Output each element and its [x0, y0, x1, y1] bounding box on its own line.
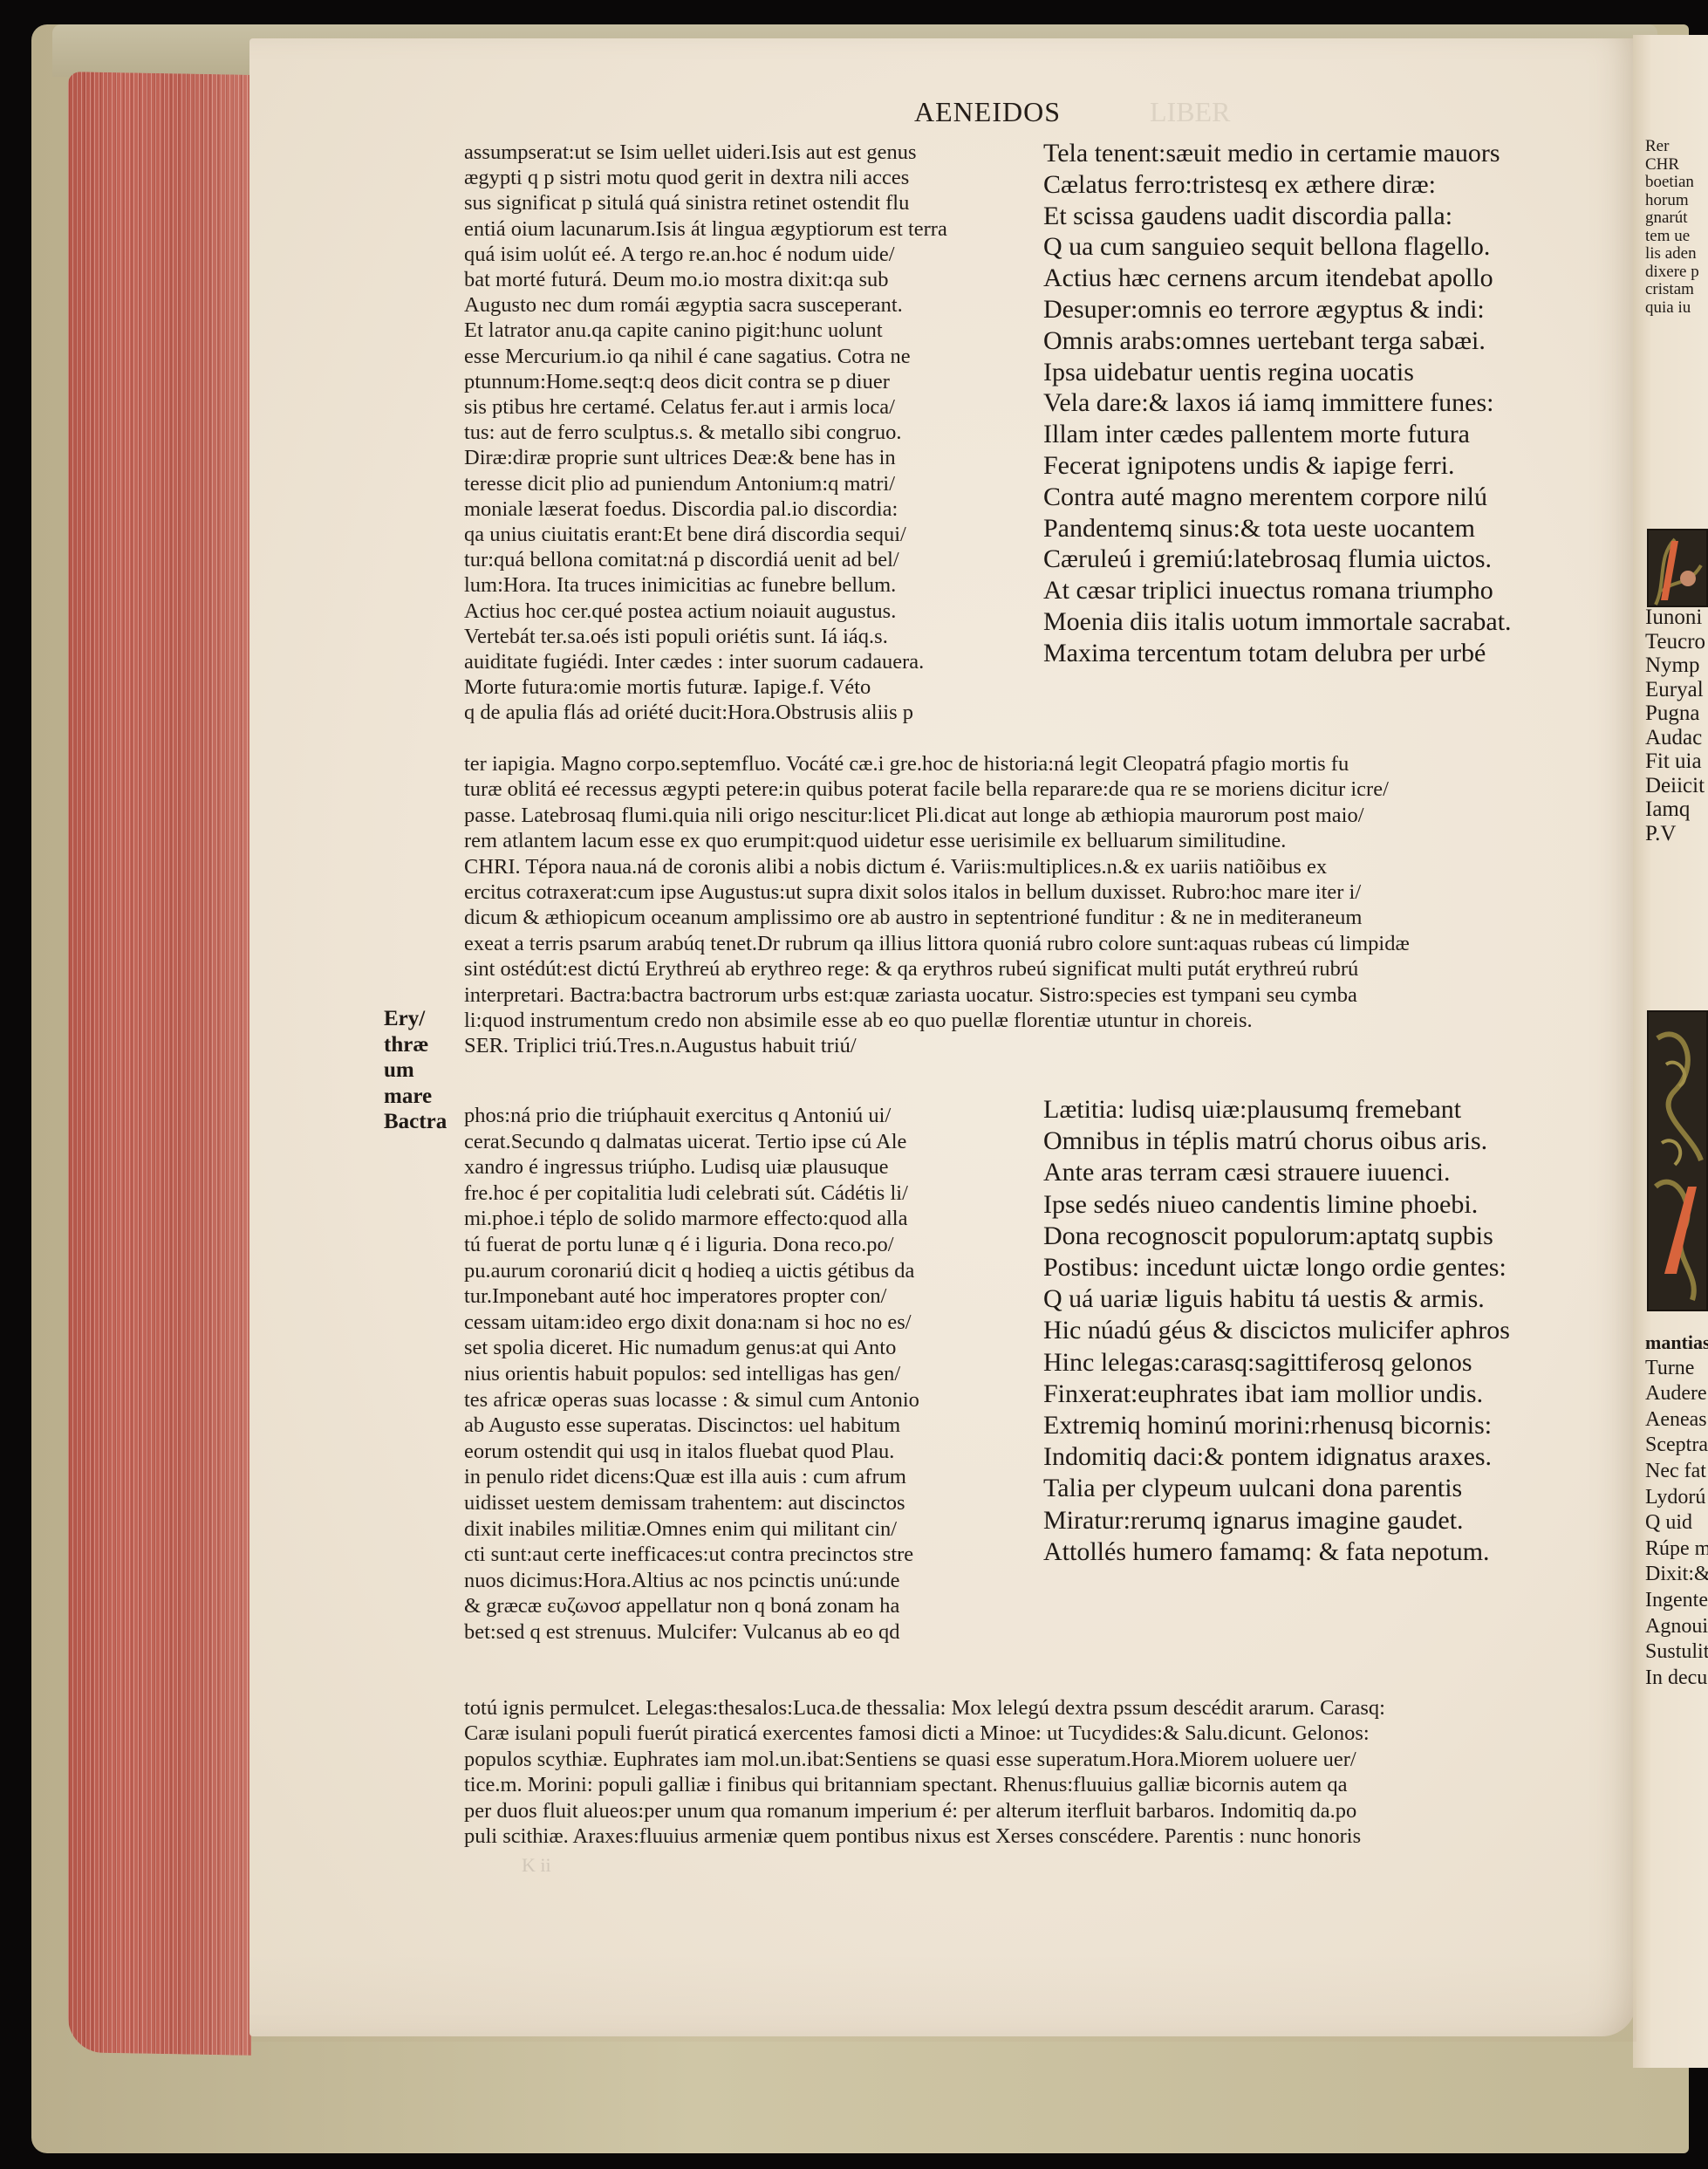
recto-line: boetian — [1645, 174, 1708, 192]
commentary-line: dicum & æthiopicum oceanum amplissimo or… — [464, 905, 1633, 930]
recto-line: Aeneas — [1645, 1407, 1708, 1433]
verse-line: Omnibus in téplis matrú chorus oibus ari… — [1043, 1126, 1636, 1157]
commentary-line: bat morté futurá. Deum mo.io mostra dixi… — [464, 267, 1005, 292]
commentary-line: rem atlantem lacum esse ex quo erumpit:q… — [464, 828, 1633, 853]
marginal-note-line: Bactra — [384, 1109, 447, 1135]
commentary-line: teresse dicit plio ad puniendum Antonium… — [464, 471, 1005, 496]
recto-line: Nec fat — [1645, 1459, 1708, 1485]
commentary-line: in penulo ridet dicens:Quæ est illa auis… — [464, 1464, 1031, 1490]
commentary-line: tur.Imponebant auté hoc imperatores prop… — [464, 1283, 1031, 1310]
verse-line: Vela dare:& laxos iá iamq immittere fune… — [1043, 387, 1636, 419]
verse-line: Talia per clypeum uulcani dona parentis — [1043, 1473, 1636, 1504]
commentary-line: cti sunt:aut certe inefficaces:ut contra… — [464, 1542, 1031, 1568]
verse-line: Cæruleú i gremiú:latebrosaq flumia uicto… — [1043, 544, 1636, 575]
commentary-line: sis ptibus hre certamé. Celatus fer.aut … — [464, 394, 1005, 420]
commentary-line: eorum ostendit qui usq in italos fluebat… — [464, 1439, 1031, 1465]
commentary-line: qa unius ciuitatis erant:Et bene dirá di… — [464, 522, 1005, 547]
recto-line: Deiicit — [1645, 774, 1708, 798]
recto-line: lis aden — [1645, 245, 1708, 263]
recto-line: Teucro — [1645, 630, 1708, 654]
recto-line: Pugna — [1645, 701, 1708, 726]
commentary-line: Augusto nec dum romái ægyptia sacra susc… — [464, 292, 1005, 318]
verse-line: Hinc lelegas:carasq:sagittiferosq gelono… — [1043, 1347, 1636, 1379]
commentary-line: passe. Latebrosaq flumi.quia nili origo … — [464, 803, 1633, 828]
commentary-line: Vertebát ter.sa.oés isti populi oriétis … — [464, 624, 1005, 649]
recto-line: Rer — [1645, 138, 1708, 156]
commentary-line: Actius hoc cer.qué postea actium noiauit… — [464, 599, 1005, 624]
verse-line: Miratur:rerumq ignarus imagine gaudet. — [1043, 1505, 1636, 1536]
verse-line: Extremiq hominú morini:rhenusq bicornis: — [1043, 1410, 1636, 1441]
verse-line: Q ua cum sanguieo sequit bellona flagell… — [1043, 231, 1636, 263]
commentary-line: CHRI. Tépora naua.ná de coronis alibi a … — [464, 854, 1633, 879]
commentary-line: populos scythiæ. Euphrates iam mol.un.ib… — [464, 1747, 1633, 1772]
commentary-line: lum:Hora. Ita truces inimicitias ac fune… — [464, 572, 1005, 598]
verse-line: Pandentemq sinus:& tota ueste uocantem — [1043, 513, 1636, 544]
commentary-line: tes africæ operas suas locasse : & simul… — [464, 1387, 1031, 1413]
commentary-line: Morte futura:omie mortis futuræ. Iapige.… — [464, 674, 1005, 700]
commentary-line: assumpserat:ut se Isim uellet uideri.Isi… — [464, 140, 1005, 165]
commentary-bottom: totú ignis permulcet. Lelegas:thesalos:L… — [464, 1695, 1633, 1849]
verse-line: At cæsar triplici inuectus romana triump… — [1043, 575, 1636, 606]
verse-line: Dona recognoscit populorum:aptatq supbis — [1043, 1221, 1636, 1252]
recto-text-mid: IunoniTeucroNympEuryalPugnaAudacFit uiaD… — [1645, 606, 1708, 845]
verse-line: Hic núadú géus & discictos mulicifer aph… — [1043, 1315, 1636, 1346]
recto-line: tem ue — [1645, 228, 1708, 246]
verse-line: Desuper:omnis eo terrore ægyptus & indi: — [1043, 294, 1636, 325]
marginal-notes: Ery/thræummareBactra — [384, 1006, 447, 1135]
commentary-line: tus: aut de ferro sculptus.s. & metallo … — [464, 420, 1005, 445]
recto-line: Fit uia — [1645, 749, 1708, 774]
commentary-line: per duos fluit alueos:per unum qua roman… — [464, 1798, 1633, 1823]
recto-line: Iamq — [1645, 797, 1708, 822]
verse-line: Q uá uariæ liguis habitu tá uestis & arm… — [1043, 1283, 1636, 1315]
commentary-line: Caræ isulani populi fuerút piraticá exer… — [464, 1721, 1633, 1746]
commentary-line: ægypti q p sistri motu quod gerit in dex… — [464, 165, 1005, 190]
recto-line: Euryal — [1645, 678, 1708, 702]
verse-line: Actius hæc cernens arcum itendebat apoll… — [1043, 263, 1636, 294]
commentary-full-width: ter iapigia. Magno corpo.septemfluo. Voc… — [464, 751, 1633, 1059]
commentary-line: tice.m. Morini: populi galliæ i finibus … — [464, 1772, 1633, 1797]
marginal-note-line: Ery/ — [384, 1006, 447, 1032]
recto-text-top: RerCHRboetianhorumgnarúttem uelis adendi… — [1645, 138, 1708, 317]
recto-line: Sustulit — [1645, 1639, 1708, 1666]
commentary-line: fre.hoc é per copitalitia ludi celebrati… — [464, 1180, 1031, 1207]
commentary-line: mi.phoe.i téplo de solido marmore effect… — [464, 1206, 1031, 1232]
recto-line: Audac — [1645, 726, 1708, 750]
commentary-line: sus significat p situlá quá sinistra ret… — [464, 190, 1005, 216]
verse-line: Postibus: incedunt uictæ longo ordie gen… — [1043, 1252, 1636, 1283]
commentary-line: dixit inabiles militiæ.Omnes enim qui mi… — [464, 1516, 1031, 1543]
recto-line: quia iu — [1645, 299, 1708, 318]
verse-line: Omnis arabs:omnes uertebant terga sabæi. — [1043, 325, 1636, 357]
marginal-note-line: thræ — [384, 1032, 447, 1058]
marginal-note-line: um — [384, 1057, 447, 1084]
verse-line: Tela tenent:sæuit medio in certamie mauo… — [1043, 138, 1636, 169]
commentary-line: pu.aurum coronariú dicit q hodieq a uict… — [464, 1258, 1031, 1284]
foliate-initial-icon — [1649, 530, 1708, 607]
page-bottom-shadow — [249, 1954, 1636, 2042]
recto-line: Nymp — [1645, 653, 1708, 678]
recto-text-bottom: mantiasTurneAudereAeneasSceptraNec fatLy… — [1645, 1330, 1708, 1691]
recto-line: Dixit:& — [1645, 1562, 1708, 1588]
decorated-initial-top — [1647, 529, 1708, 607]
commentary-line: q de apulia flás ad oriété ducit:Hora.Ob… — [464, 700, 1005, 725]
red-sprinkled-page-edges — [68, 72, 251, 2056]
commentary-line: Diræ:diræ proprie sunt ultrices Deæ:& be… — [464, 445, 1005, 470]
commentary-line: set spolia diceret. Hic numadum genus:at… — [464, 1335, 1031, 1361]
recto-line: gnarút — [1645, 209, 1708, 228]
commentary-column-top: assumpserat:ut se Isim uellet uideri.Isi… — [464, 140, 1005, 751]
recto-line: horum — [1645, 192, 1708, 210]
commentary-line: xandro é ingressus triúpho. Ludisq uiæ p… — [464, 1154, 1031, 1180]
commentary-line: ptunnum:Home.seqt:q deos dicit contra se… — [464, 369, 1005, 394]
foliate-initial-icon — [1649, 1012, 1708, 1311]
commentary-column-lower: phos:ná prio die triúphauit exercitus q … — [464, 1103, 1031, 1645]
commentary-line: nius orientis habuit populos: sed intell… — [464, 1361, 1031, 1387]
verse-line: Cælatus ferro:tristesq ex æthere diræ: — [1043, 169, 1636, 201]
commentary-line: puli scithiæ. Araxes:fluuius armeniæ que… — [464, 1823, 1633, 1849]
commentary-line: SER. Triplici triú.Tres.n.Augustus habui… — [464, 1033, 1633, 1058]
recto-line: Lydorú — [1645, 1485, 1708, 1511]
commentary-line: sint ostédút:est dictú Erythreú ab eryth… — [464, 956, 1633, 982]
show-through-running-head: LIBER — [1150, 96, 1230, 128]
verse-column-top: Tela tenent:sæuit medio in certamie mauo… — [1043, 138, 1636, 669]
verse-line: Fecerat ignipotens undis & iapige ferri. — [1043, 450, 1636, 482]
commentary-line: tur:quá bellona comitat:ná p discordiá u… — [464, 547, 1005, 572]
commentary-line: cerat.Secundo q dalmatas uicerat. Tertio… — [464, 1129, 1031, 1155]
recto-line: Sceptra — [1645, 1433, 1708, 1459]
commentary-line: entiá oium lacunarum.Isis át lingua ægyp… — [464, 216, 1005, 242]
recto-line: Audere — [1645, 1381, 1708, 1407]
verse-column-lower: Lætitia: ludisq uiæ:plausumq fremebantOm… — [1043, 1094, 1636, 1568]
commentary-line: bet:sed q est strenuus. Mulcifer: Vulcan… — [464, 1619, 1031, 1646]
commentary-line: totú ignis permulcet. Lelegas:thesalos:L… — [464, 1695, 1633, 1721]
verse-line: Finxerat:euphrates ibat iam mollior undi… — [1043, 1379, 1636, 1410]
marginal-note-line: mare — [384, 1084, 447, 1110]
recto-line: Agnoui — [1645, 1614, 1708, 1640]
verse-line: Ipsa uidebatur uentis regina uocatis — [1043, 357, 1636, 388]
commentary-line: phos:ná prio die triúphauit exercitus q … — [464, 1103, 1031, 1129]
verse-line: Illam inter cædes pallentem morte futura — [1043, 419, 1636, 450]
commentary-line: esse Mercurium.io qa nihil é cane sagati… — [464, 344, 1005, 369]
verse-line: Attollés humero famamq: & fata nepotum. — [1043, 1536, 1636, 1568]
commentary-line: quá isim uolút eé. A tergo re.an.hoc é n… — [464, 242, 1005, 267]
recto-line: Iunoni — [1645, 606, 1708, 630]
recto-line: P.V — [1645, 822, 1708, 846]
recto-line: CHR — [1645, 156, 1708, 174]
running-head: AENEIDOS — [914, 96, 1061, 128]
commentary-line: ercitus cotraxerat:cum ipse Augustus:ut … — [464, 879, 1633, 905]
recto-line: In decu — [1645, 1666, 1708, 1692]
commentary-line: exeat a terris psarum arabúq tenet.Dr ru… — [464, 931, 1633, 956]
commentary-line: Et latrator anu.qa capite canino pigit:h… — [464, 318, 1005, 343]
commentary-line: cessam uitam:ideo ergo dixit dona:nam si… — [464, 1310, 1031, 1336]
recto-line: Q uid — [1645, 1510, 1708, 1536]
recto-line: cristam — [1645, 281, 1708, 299]
commentary-line: tú fuerat de portu lunæ q é i liguria. D… — [464, 1232, 1031, 1258]
decorated-initial-lower — [1647, 1010, 1708, 1311]
commentary-line: nuos dicimus:Hora.Altius ac nos pcinctis… — [464, 1568, 1031, 1594]
verse-line: Indomitiq daci:& pontem idignatus araxes… — [1043, 1441, 1636, 1473]
verse-line: Maxima tercentum totam delubra per urbé — [1043, 638, 1636, 669]
verse-line: Contra auté magno merentem corpore nilú — [1043, 482, 1636, 513]
recto-line: mantias — [1645, 1330, 1708, 1356]
book-photograph: AENEIDOS LIBER assumpserat:ut se Isim ue… — [0, 0, 1708, 2169]
commentary-line: ab Augusto esse superatas. Discinctos: u… — [464, 1413, 1031, 1439]
recto-line: Ingente — [1645, 1588, 1708, 1614]
signature-mark-show-through: K ii — [522, 1854, 551, 1877]
verse-line: Lætitia: ludisq uiæ:plausumq fremebant — [1043, 1094, 1636, 1126]
commentary-line: ter iapigia. Magno corpo.septemfluo. Voc… — [464, 751, 1633, 777]
commentary-line: moniale læserat foedus. Discordia pal.io… — [464, 496, 1005, 522]
verse-line: Moenia diis italis uotum immortale sacra… — [1043, 606, 1636, 638]
verse-line: Et scissa gaudens uadit discordia palla: — [1043, 201, 1636, 232]
recto-line: dixere p — [1645, 263, 1708, 282]
commentary-line: turæ oblitá eé recessus ægypti petere:in… — [464, 777, 1633, 802]
verse-line: Ipse sedés niueo candentis limine phoebi… — [1043, 1189, 1636, 1221]
commentary-line: auiditate fugiédi. Inter cædes : inter s… — [464, 649, 1005, 674]
verse-line: Ante aras terram cæsi strauere iuuenci. — [1043, 1157, 1636, 1188]
commentary-line: li:quod instrumentum credo non absimile … — [464, 1008, 1633, 1033]
recto-line: Turne — [1645, 1356, 1708, 1382]
recto-line: Rúpe m — [1645, 1536, 1708, 1563]
commentary-line: uidisset uestem demissam trahentem: aut … — [464, 1490, 1031, 1516]
commentary-line: interpretari. Bactra:bactra bactrorum ur… — [464, 982, 1633, 1008]
commentary-line: & græcæ ευζωνοσ appellatur non q boná zo… — [464, 1593, 1031, 1619]
